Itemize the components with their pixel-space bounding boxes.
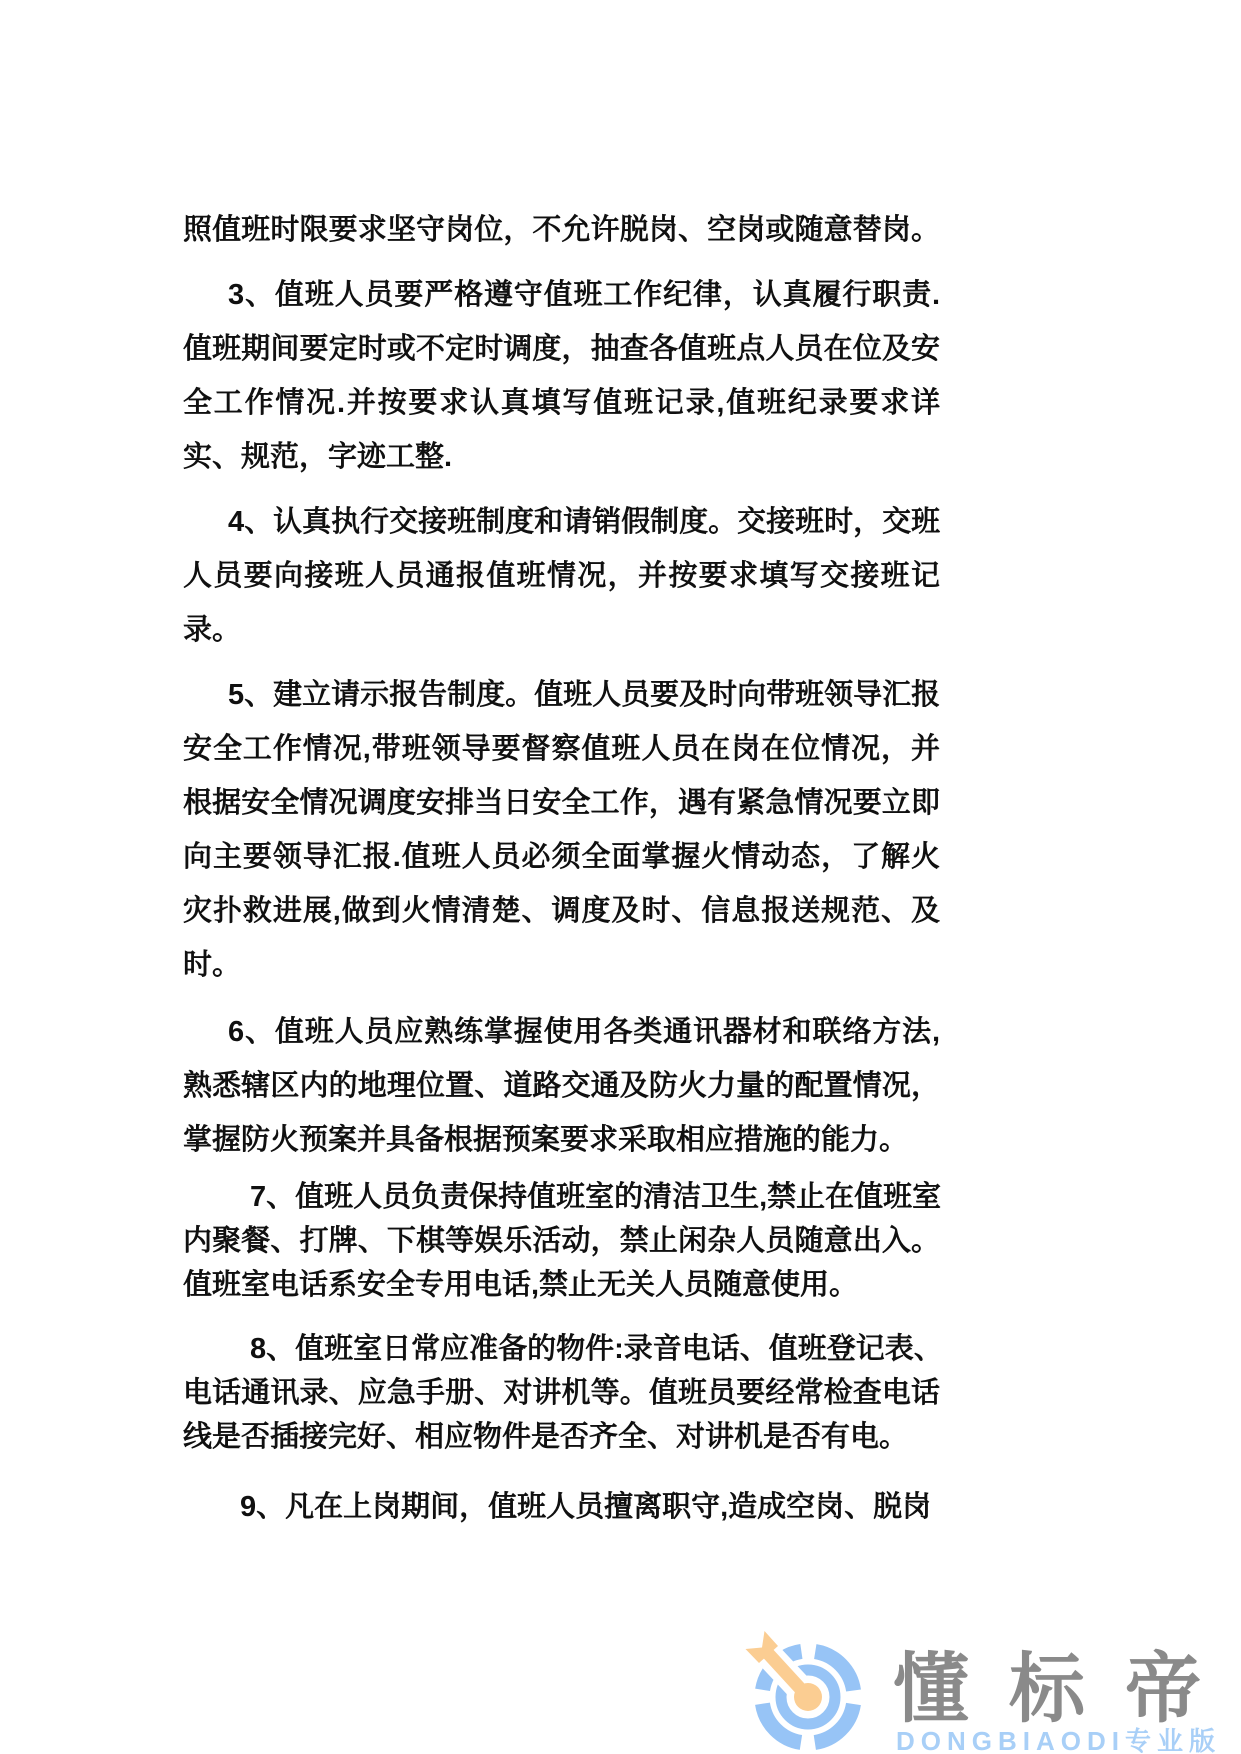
text-line: 电话通讯录、应急手册、对讲机等。值班员要经常检查电话 [183, 1371, 940, 1415]
text-line: 3、值班人员要严格遵守值班工作纪律，认真履行职责. [183, 268, 940, 322]
logo-arrow-shaft [763, 1648, 808, 1697]
text-line: 根据安全情况调度安排当日安全工作，遇有紧急情况要立即 [183, 776, 940, 830]
text-line: 熟悉辖区内的地理位置、道路交通及防火力量的配置情况， [183, 1059, 940, 1113]
text-line: 掌握防火预案并具备根据预案要求采取相应措施的能力。 [183, 1113, 940, 1167]
logo-arrow-fletching [746, 1631, 779, 1663]
text-line: 值班期间要定时或不定时调度，抽查各值班点人员在位及安 [183, 322, 940, 376]
logo-arrow-channel [748, 1633, 808, 1697]
text-line: 5、建立请示报告制度。值班人员要及时向带班领导汇报 [183, 668, 940, 722]
text-line: 实、规范，字迹工整. [183, 430, 940, 484]
paragraph-item-6: 6、值班人员应熟练掌握使用各类通讯器材和联络方法,熟悉辖区内的地理位置、道路交通… [183, 1005, 940, 1167]
paragraph-item-8: 8、值班室日常应准备的物件:录音电话、值班登记表、电话通讯录、应急手册、对讲机等… [183, 1327, 940, 1459]
paragraph-item-4: 4、认真执行交接班制度和请销假制度。交接班时，交班人员要向接班人员通报值班情况，… [183, 495, 940, 657]
text-line: 8、值班室日常应准备的物件:录音电话、值班登记表、 [183, 1327, 940, 1371]
text-line: 4、认真执行交接班制度和请销假制度。交接班时，交班 [183, 495, 940, 549]
text-line: 照值班时限要求坚守岗位，不允许脱岗、空岗或随意替岗。 [183, 203, 940, 257]
paragraph-item-3: 3、值班人员要严格遵守值班工作纪律，认真履行职责.值班期间要定时或不定时调度，抽… [183, 268, 940, 484]
text-line: 安全工作情况,带班领导要督察值班人员在岗在位情况，并 [183, 722, 940, 776]
text-line: 线是否插接完好、相应物件是否齐全、对讲机是否有电。 [183, 1415, 940, 1459]
logo-middle-ring [781, 1670, 835, 1724]
logo-outer-ring [762, 1651, 854, 1743]
logo-arrow-head [794, 1683, 822, 1711]
text-line: 6、值班人员应熟练掌握使用各类通讯器材和联络方法, [183, 1005, 940, 1059]
paragraph-item-9: 9、凡在上岗期间，值班人员擅离职守,造成空岗、脱岗 [183, 1485, 940, 1529]
text-line: 向主要领导汇报.值班人员必须全面掌握火情动态，了解火 [183, 830, 940, 884]
paragraph-intro-continuation: 照值班时限要求坚守岗位，不允许脱岗、空岗或随意替岗。 [183, 203, 940, 257]
target-arrow-logo-icon [735, 1630, 867, 1754]
text-line: 值班室电话系安全专用电话,禁止无关人员随意使用。 [183, 1263, 940, 1307]
text-line: 人员要向接班人员通报值班情况，并按要求填写交接班记 [183, 549, 940, 603]
paragraph-item-7: 7、值班人员负责保持值班室的清洁卫生,禁止在值班室内聚餐、打牌、下棋等娱乐活动，… [183, 1175, 940, 1307]
paragraph-item-5: 5、建立请示报告制度。值班人员要及时向带班领导汇报安全工作情况,带班领导要督察值… [183, 668, 940, 992]
text-line: 7、值班人员负责保持值班室的清洁卫生,禁止在值班室 [183, 1175, 940, 1219]
text-line: 录。 [183, 603, 940, 657]
text-line: 灾扑救进展,做到火情清楚、调度及时、信息报送规范、及 [183, 884, 940, 938]
brand-name-cn: 懂标帝 [893, 1652, 1241, 1728]
document-body: 照值班时限要求坚守岗位，不允许脱岗、空岗或随意替岗。 3、值班人员要严格遵守值班… [183, 203, 940, 1529]
text-line: 9、凡在上岗期间，值班人员擅离职守,造成空岗、脱岗 [183, 1485, 940, 1529]
document-page: { "document": { "paragraphs": [ { "id": … [0, 0, 1241, 1754]
text-line: 内聚餐、打牌、下棋等娱乐活动，禁止闲杂人员随意出入。 [183, 1219, 940, 1263]
text-line: 时。 [183, 938, 940, 992]
text-line: 全工作情况.并按要求认真填写值班记录,值班纪录要求详 [183, 376, 940, 430]
brand-name-sub: DONGBIAODI专业版 [896, 1728, 1221, 1754]
